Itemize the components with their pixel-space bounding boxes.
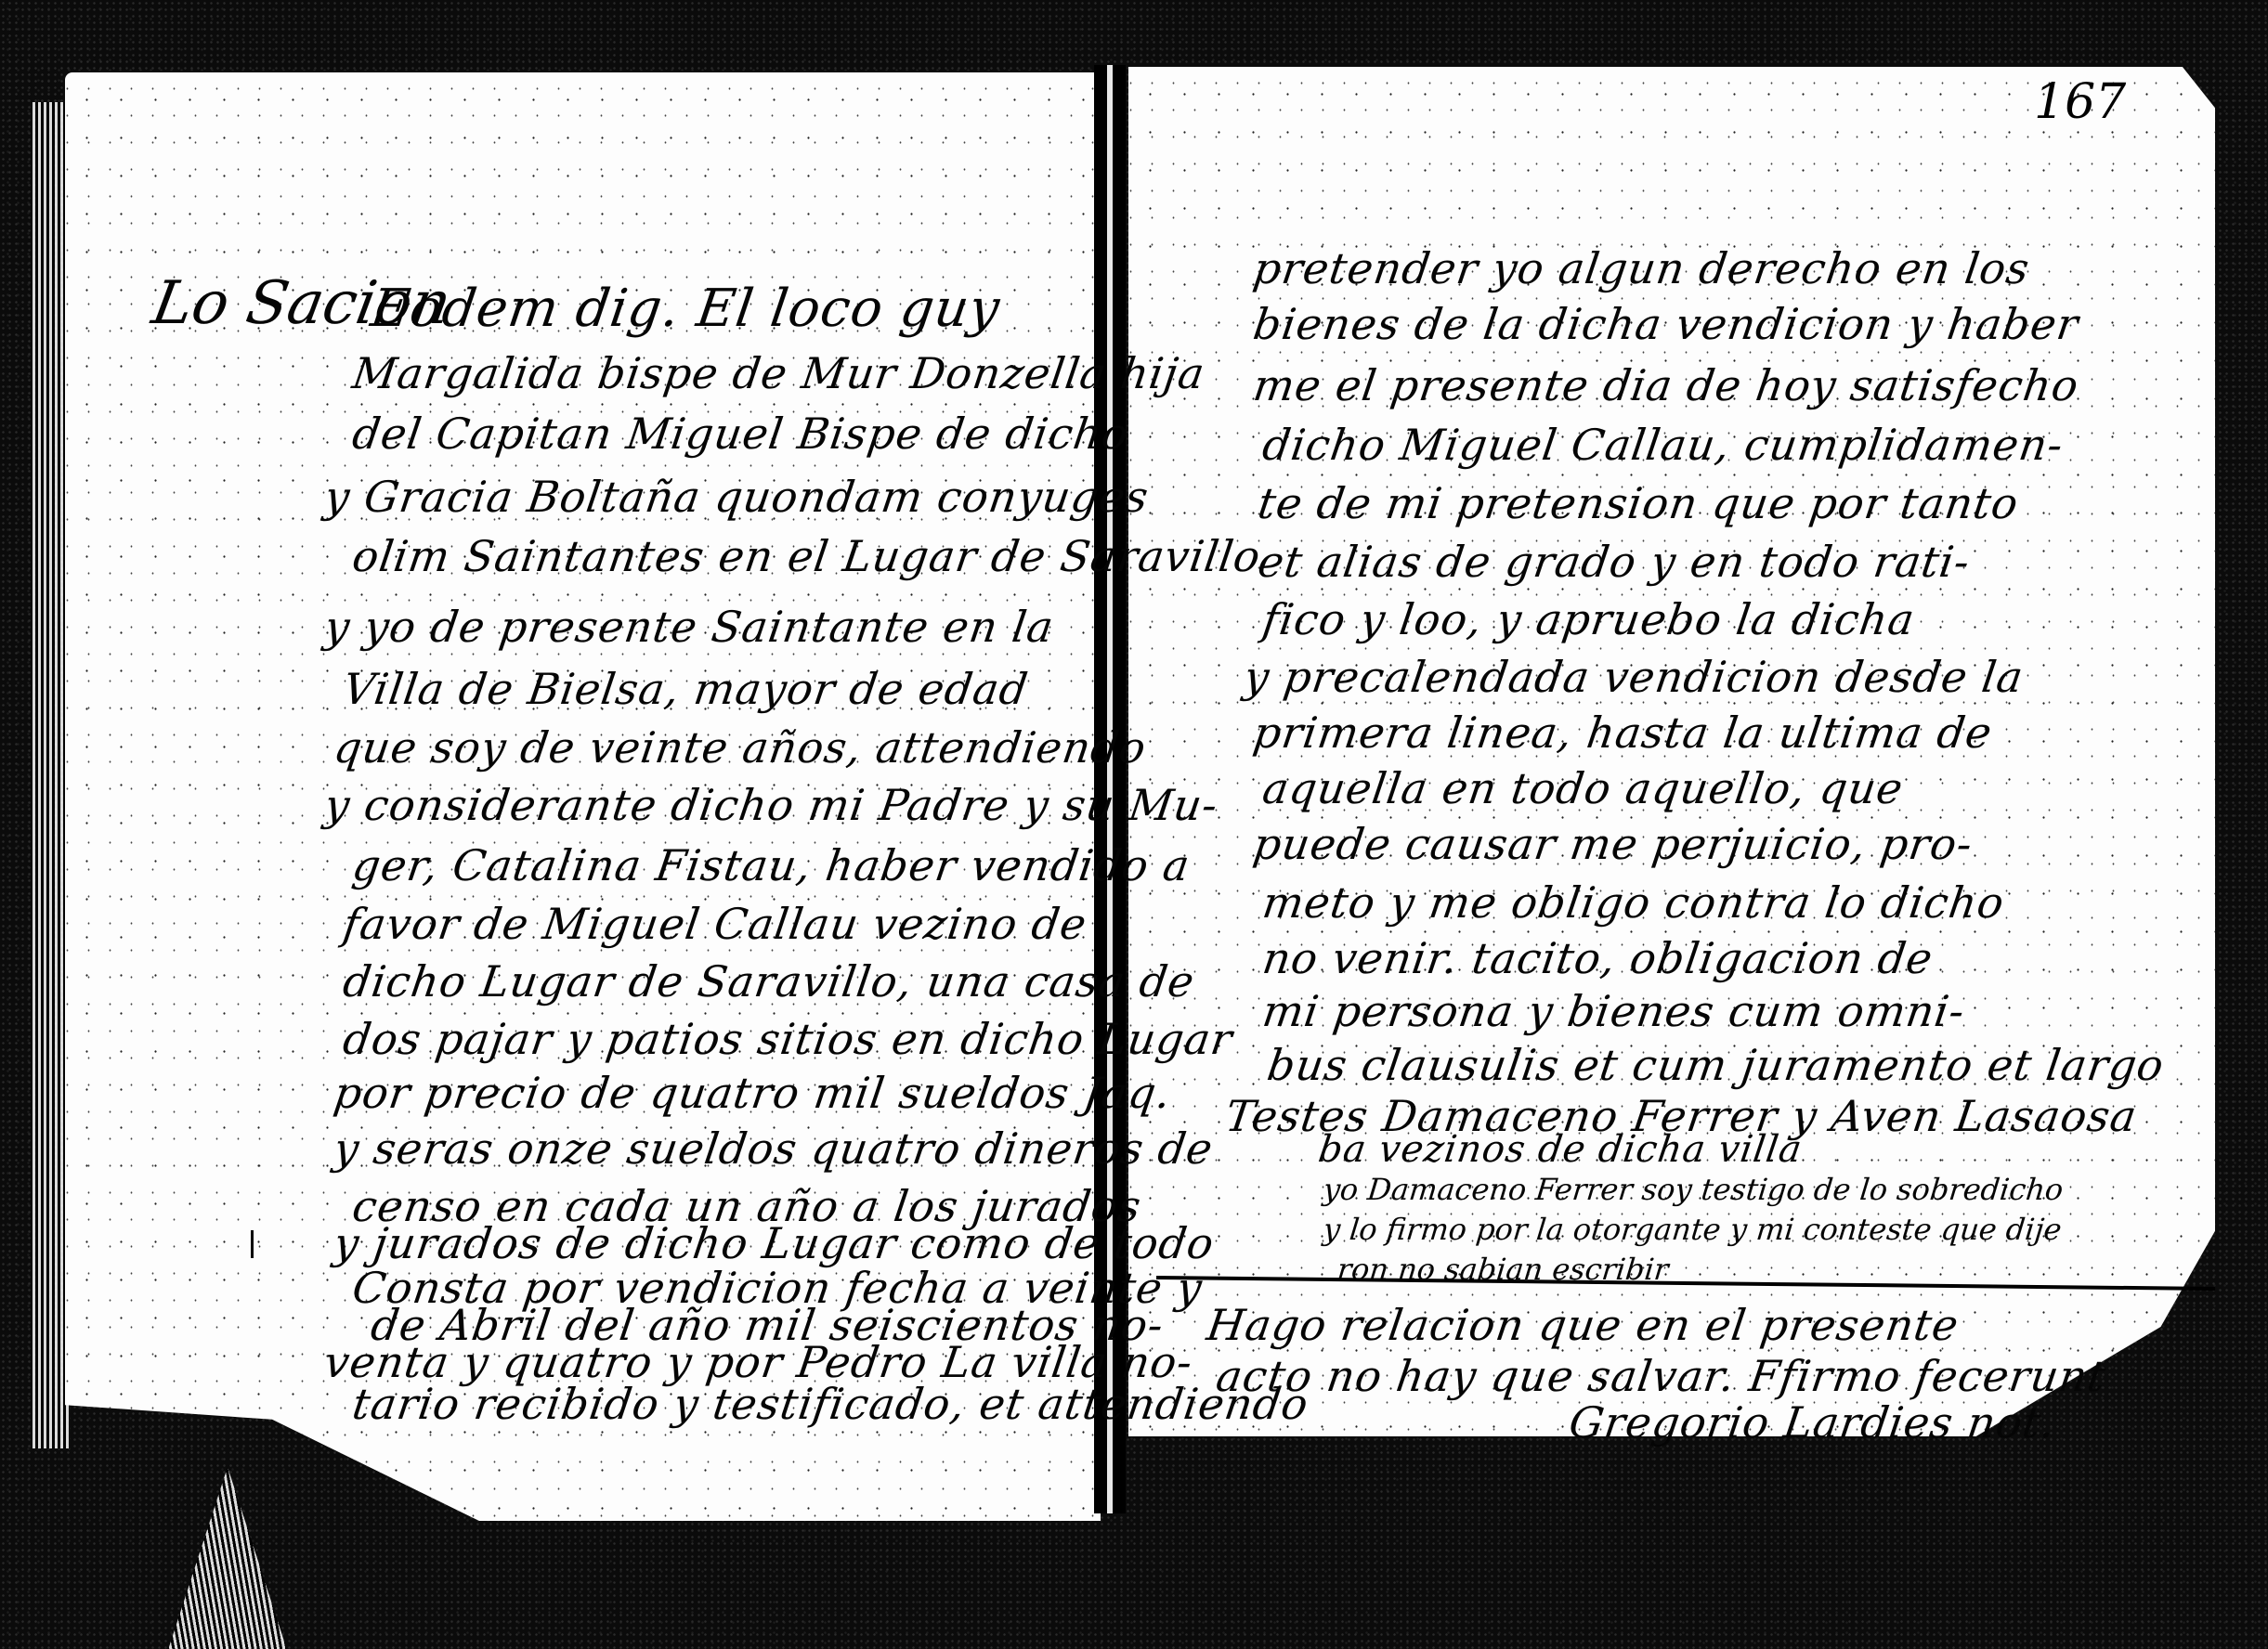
left-line: por precio de quatro mil sueldos Jaq. (331, 1068, 1175, 1118)
right-line: puede causar me perjuicio, pro- (1250, 819, 1975, 869)
notary-signature: Gregorio Lardies not. (1566, 1397, 2059, 1448)
left-line: y yo de presente Saintante en la (321, 602, 1057, 652)
right-line: aquella en todo aquello, que (1259, 763, 1907, 813)
right-line: te de mi pretension que por tanto (1255, 478, 2022, 528)
right-line: fico y loo, y apruebo la dicha (1259, 594, 1918, 644)
right-line: dicho Miguel Callau, cumplidamen- (1259, 420, 2066, 470)
left-line: favor de Miguel Callau vezino de (340, 899, 1090, 949)
left-line: que soy de veinte años, attendiendo (331, 722, 1150, 773)
notary-line: acto no hay que salvar. Ffirmo fecerunt (1213, 1351, 2109, 1401)
right-line: y precalendada vendicion desde la (1241, 652, 2027, 702)
binding-fold (167, 1467, 288, 1649)
left-line: Eodem dig. El loco guy (367, 279, 1003, 339)
left-line: olim Saintantes en el Lugar de Saravillo (349, 531, 1264, 581)
right-line: ba vezinos de dicha villa (1316, 1128, 1805, 1171)
right-line: primera linea, hasta la ultima de (1250, 708, 1995, 758)
right-line: bus clausulis et cum juramento et largo (1264, 1040, 2167, 1090)
right-line: et alias de grado y en todo rati- (1255, 537, 1974, 587)
right-line: me el presente dia de hoy satisfecho (1250, 360, 2082, 410)
notary-line: Hago relacion que en el presente (1204, 1300, 1962, 1350)
stray-mark (251, 1230, 254, 1258)
left-line: y jurados de dicho Lugar como de todo (331, 1218, 1218, 1268)
left-book-binding-edge (33, 102, 70, 1448)
right-line: no venir. tacito, obligacion de (1259, 933, 1936, 983)
left-line: ger, Catalina Fistau, haber vendido a (349, 840, 1193, 890)
left-line: y considerante dicho mi Padre y su Mu- (321, 780, 1221, 830)
witness-line: y lo firmo por la otorgante y mi contest… (1322, 1212, 2064, 1247)
right-line: bienes de la dicha vendicion y haber (1250, 299, 2081, 349)
left-line: y seras onze sueldos quatro dineros de (331, 1123, 1216, 1174)
right-line: mi persona y bienes cum omni- (1259, 986, 1968, 1036)
left-line: Villa de Bielsa, mayor de edad (340, 664, 1031, 714)
folio-number: 167 (2034, 74, 2126, 130)
left-line: Margalida bispe de Mur Donzella hija (349, 348, 1208, 398)
left-line: y Gracia Boltaña quondam conyuges (321, 472, 1152, 522)
left-line: dicho Lugar de Saravillo, una casa de (340, 956, 1198, 1006)
left-line: tario recibido y testificado, et attendi… (349, 1379, 1311, 1429)
left-line: dos pajar y patios sitios en dicho Lugar (340, 1014, 1236, 1064)
witness-line: yo Damaceno Ferrer soy testigo de lo sob… (1322, 1172, 2065, 1207)
right-line: pretender yo algun derecho en los (1250, 243, 2033, 293)
right-line: meto y me obligo contra lo dicho (1259, 877, 2008, 928)
left-line: del Capitan Miguel Bispe de dicho (349, 409, 1132, 459)
